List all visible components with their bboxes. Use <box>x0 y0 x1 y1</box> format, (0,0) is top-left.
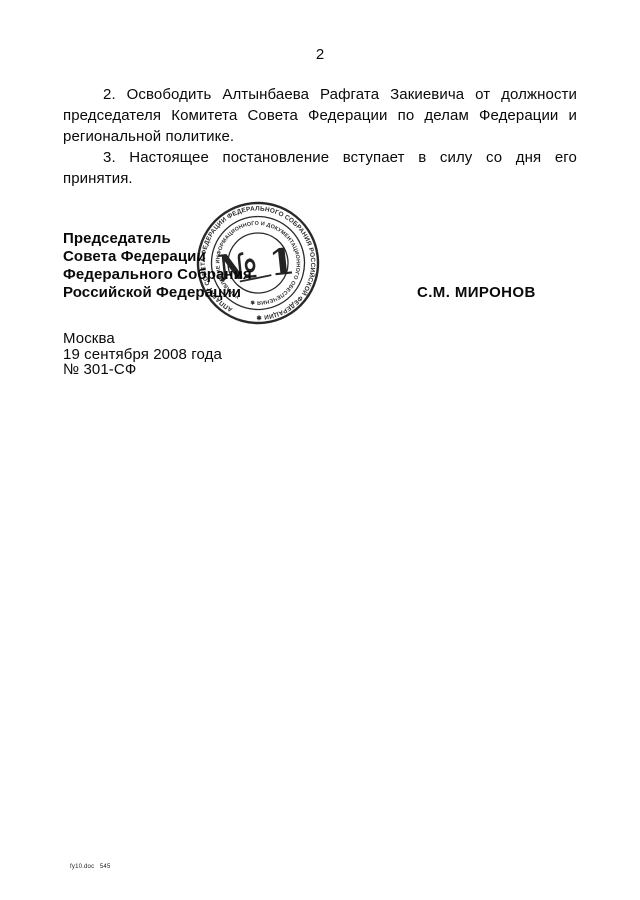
paragraph-3: 3. Настоящее постановление вступает в си… <box>63 147 577 189</box>
issuance-date: 19 сентября 2008 года <box>63 347 222 363</box>
paragraph-line: региональной политике. <box>63 126 577 147</box>
footer-file-note: fy10.doc 545 <box>70 864 111 870</box>
issuance-block: Москва 19 сентября 2008 года № 301-СФ <box>63 331 222 378</box>
stamp-number-label: № 1 <box>216 240 297 290</box>
paragraph-line: 3. Настоящее постановление вступает в си… <box>63 147 577 168</box>
official-stamp-seal: АППАРАТ СОВЕТА ФЕДЕРАЦИИ ФЕДЕРАЛЬНОГО СО… <box>188 193 328 333</box>
paragraph-line: принятия. <box>63 168 577 189</box>
paragraph-line: 2. Освободить Алтынбаева Рафгата Закиеви… <box>63 84 577 105</box>
issuance-number: № 301-СФ <box>63 362 222 378</box>
document-body: 2. Освободить Алтынбаева Рафгата Закиеви… <box>63 84 577 189</box>
paragraph-line: председателя Комитета Совета Федерации п… <box>63 105 577 126</box>
issuance-city: Москва <box>63 331 222 347</box>
page-number: 2 <box>0 46 640 63</box>
document-page: 2 2. Освободить Алтынбаева Рафгата Закие… <box>0 0 640 900</box>
paragraph-2: 2. Освободить Алтынбаева Рафгата Закиеви… <box>63 84 577 147</box>
signatory-name: С.М. МИРОНОВ <box>417 284 536 301</box>
